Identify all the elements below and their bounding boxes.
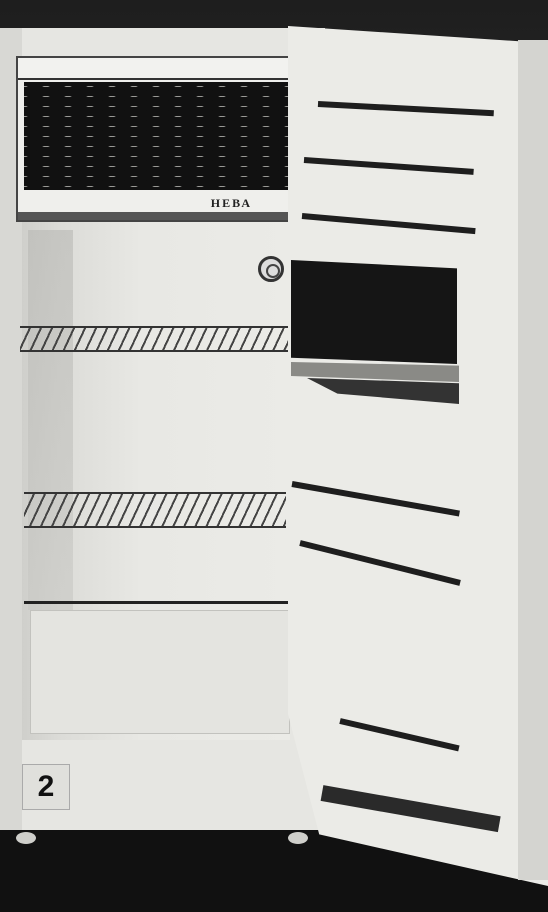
freezer-bottom-edge	[18, 212, 300, 220]
compartment-shadow	[307, 378, 459, 404]
figure-number-badge: 2	[22, 764, 70, 810]
compartment-cover	[291, 260, 457, 364]
wire-shelf-upper	[20, 326, 292, 352]
door-compartment	[291, 260, 459, 410]
freezer-compartment: НЕВА	[16, 56, 302, 222]
thermostat-dial-icon	[258, 256, 284, 282]
crisper-divider	[24, 601, 290, 604]
foot-right	[288, 832, 308, 844]
crisper-drawer	[30, 610, 290, 734]
foot-left	[16, 832, 36, 844]
interior-shadow	[28, 230, 73, 610]
refrigerator-door	[288, 26, 548, 886]
wire-shelf-lower	[24, 492, 286, 528]
freezer-grille	[24, 82, 294, 190]
door-edge	[518, 40, 548, 880]
freezer-top-panel	[18, 58, 300, 80]
brand-label: НЕВА	[211, 196, 252, 211]
